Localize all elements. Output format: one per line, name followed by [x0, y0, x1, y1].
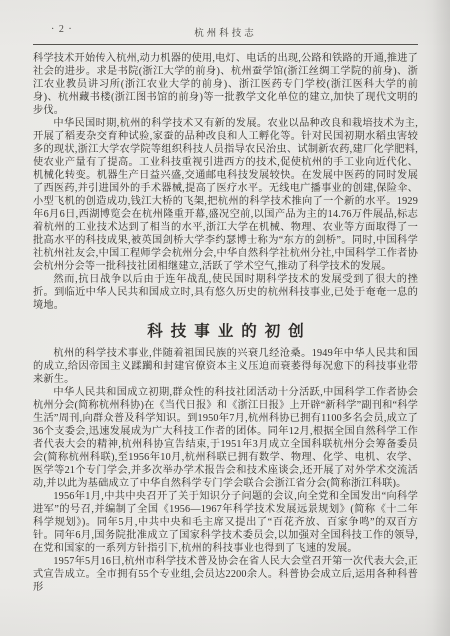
body-text: 科学技术开始传入杭州,动力机器的使用,电灯、电话的出现,公路和铁路的开通,推进了…: [33, 52, 418, 594]
paragraph-intro-2: 中华民国时期,杭州的科学技术又有新的发展。农业以品种改良和栽培技术为主,开展了稻…: [33, 117, 418, 273]
page-content: · 2 · 杭州科技志 科学技术开始传入杭州,动力机器的使用,电灯、电话的出现,…: [33, 24, 418, 594]
book-title: 杭州科技志: [33, 25, 418, 39]
paragraph-section-3: 1956年1月,中共中央召开了关于知识分子问题的会议,向全党和全国发出“向科学进…: [33, 490, 418, 555]
paragraph-intro-1: 科学技术开始传入杭州,动力机器的使用,电灯、电话的出现,公路和铁路的开通,推进了…: [33, 52, 418, 117]
paragraph-section-1: 杭州的科学技术事业,伴随着祖国民族的兴衰几经沧桑。1949年中华人民共和国的成立…: [33, 347, 418, 386]
section-heading: 科技事业的初创: [33, 325, 418, 338]
running-header: · 2 · 杭州科技志: [33, 24, 418, 39]
scanned-book-page: · 2 · 杭州科技志 科学技术开始传入杭州,动力机器的使用,电灯、电话的出现,…: [0, 0, 450, 636]
paragraph-section-2: 中华人民共和国成立初期,群众性的科技社团活动十分活跃,中国科学工作者协会杭州分会…: [33, 386, 418, 490]
header-rule-divider: [33, 44, 418, 45]
paragraph-intro-3: 然而,抗日战争以后由于连年战乱,使民国时期科学技术的发展受到了很大的挫折。到临近…: [33, 273, 418, 312]
paragraph-section-4: 1957年5月16日,杭州市科学技术普及协会在省人民大会堂召开第一次代表大会,正…: [33, 555, 418, 594]
